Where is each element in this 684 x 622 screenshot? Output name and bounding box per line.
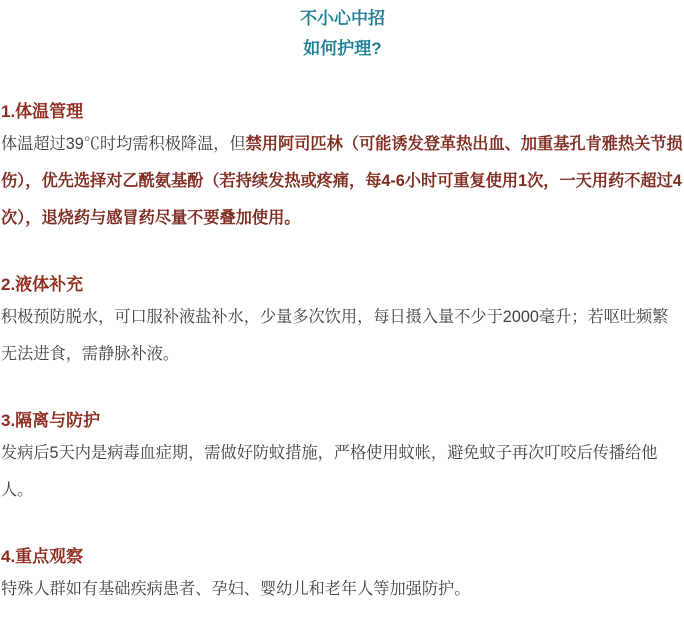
section-heading-fluid: 2.液体补充 <box>1 275 684 295</box>
article-page: 不小心中招 如何护理? 1.体温管理 体温超过39℃时均需积极降温，但禁用阿司匹… <box>0 0 684 622</box>
section-heading-observation: 4.重点观察 <box>1 547 684 567</box>
section-heading-isolation: 3.隔离与防护 <box>1 411 684 431</box>
section-paragraph-isolation: 发病后5天内是病毒血症期，需做好防蚊措施，严格使用蚊帐，避免蚊子再次叮咬后传播给… <box>1 435 684 509</box>
section-key-observation: 4.重点观察 特殊人群如有基础疾病患者、孕妇、婴幼儿和老年人等加强防护。 <box>1 547 684 608</box>
section-heading-temperature: 1.体温管理 <box>1 102 684 122</box>
section-isolation-protection: 3.隔离与防护 发病后5天内是病毒血症期，需做好防蚊措施，严格使用蚊帐，避免蚊子… <box>1 411 684 509</box>
section-paragraph-observation: 特殊人群如有基础疾病患者、孕妇、婴幼儿和老年人等加强防护。 <box>1 571 684 608</box>
section-paragraph-temperature: 体温超过39℃时均需积极降温，但禁用阿司匹林（可能诱发登革热出血、加重基孔肯雅热… <box>1 126 684 237</box>
section-paragraph-fluid: 积极预防脱水，可口服补液盐补水，少量多次饮用，每日摄入量不少于2000毫升；若呕… <box>1 299 684 373</box>
section-fluid-replenishment: 2.液体补充 积极预防脱水，可口服补液盐补水，少量多次饮用，每日摄入量不少于20… <box>1 275 684 373</box>
title-line-2: 如何护理? <box>1 34 684 64</box>
title-line-1: 不小心中招 <box>1 4 684 34</box>
text-run-normal: 体温超过39℃时均需积极降温，但 <box>1 135 246 153</box>
section-temperature-management: 1.体温管理 体温超过39℃时均需积极降温，但禁用阿司匹林（可能诱发登革热出血、… <box>1 102 684 237</box>
article-title: 不小心中招 如何护理? <box>1 4 684 64</box>
